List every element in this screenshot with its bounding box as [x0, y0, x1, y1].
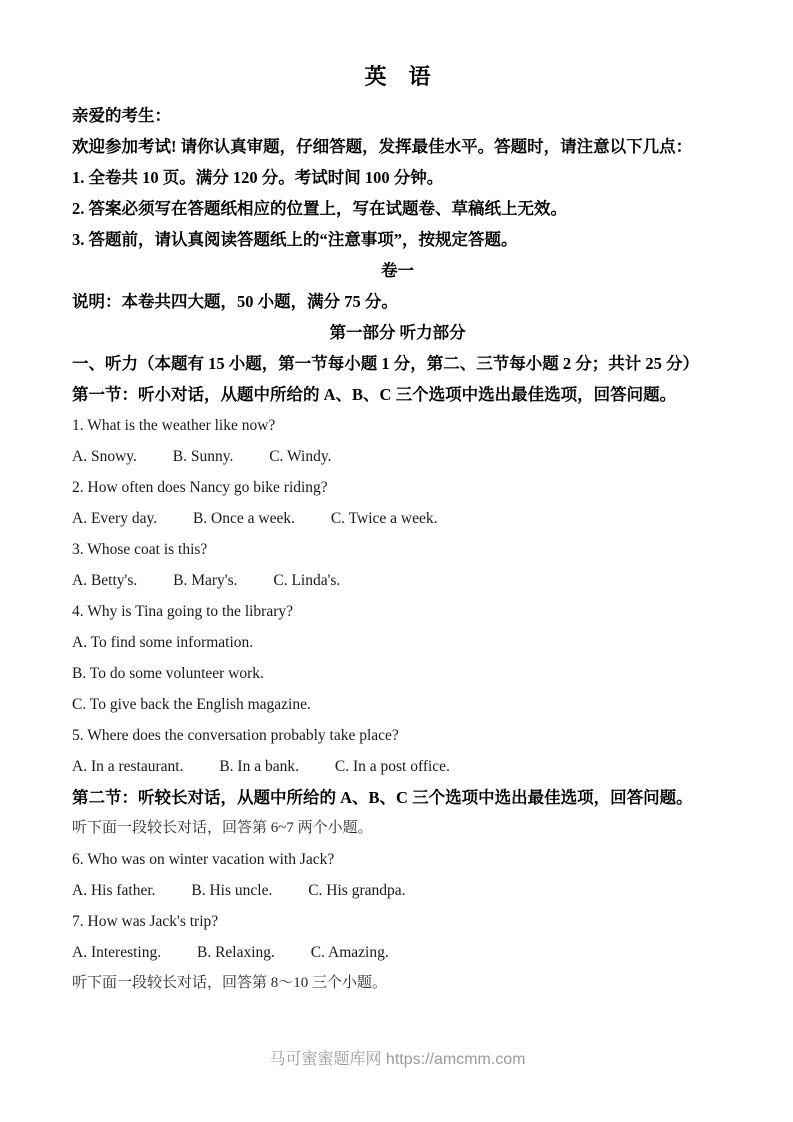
question-7-option-b: B. Relaxing. [197, 937, 275, 968]
notice-2: 2. 答案必须写在答题纸相应的位置上，写在试题卷、草稿纸上无效。 [72, 193, 723, 224]
question-1-options: A. Snowy. B. Sunny. C. Windy. [72, 441, 723, 472]
question-4-option-c: C. To give back the English magazine. [72, 689, 723, 720]
question-2-options: A. Every day. B. Once a week. C. Twice a… [72, 503, 723, 534]
question-2-option-c: C. Twice a week. [331, 503, 438, 534]
listening-section-heading: 一、听力（本题有 15 小题，第一节每小题 1 分，第二、三节每小题 2 分；共… [72, 348, 723, 379]
question-7-options: A. Interesting. B. Relaxing. C. Amazing. [72, 937, 723, 968]
volume-title: 卷一 [72, 255, 723, 286]
question-7-text: 7. How was Jack's trip? [72, 906, 723, 937]
question-5-option-c: C. In a post office. [335, 751, 450, 782]
question-6-option-b: B. His uncle. [191, 875, 272, 906]
part-title: 第一部分 听力部分 [72, 317, 723, 348]
question-3-option-b: B. Mary's. [173, 565, 237, 596]
question-6-text: 6. Who was on winter vacation with Jack? [72, 844, 723, 875]
question-3-options: A. Betty's. B. Mary's. C. Linda's. [72, 565, 723, 596]
question-7-option-c: C. Amazing. [311, 937, 389, 968]
question-3-option-c: C. Linda's. [273, 565, 340, 596]
question-6-option-c: C. His grandpa. [308, 875, 405, 906]
subsection-2-heading: 第二节：听较长对话，从题中所给的 A、B、C 三个选项中选出最佳选项，回答问题。 [72, 782, 723, 813]
site-watermark: 马可蜜蜜题库网 https://amcmm.com [72, 1049, 723, 1071]
exam-title: 英 语 [72, 60, 723, 100]
welcome-line: 欢迎参加考试! 请你认真审题，仔细答题，发挥最佳水平。答题时，请注意以下几点： [72, 131, 723, 162]
subsection-1-heading: 第一节：听小对话，从题中所给的 A、B、C 三个选项中选出最佳选项，回答问题。 [72, 379, 723, 410]
question-4-text: 4. Why is Tina going to the library? [72, 596, 723, 627]
question-1-text: 1. What is the weather like now? [72, 410, 723, 441]
question-4-option-a: A. To find some information. [72, 627, 723, 658]
question-3-option-a: A. Betty's. [72, 565, 137, 596]
question-3-text: 3. Whose coat is this? [72, 534, 723, 565]
question-5-text: 5. Where does the conversation probably … [72, 720, 723, 751]
dialogue-note-1: 听下面一段较长对话，回答第 6~7 两个小题。 [72, 813, 723, 844]
question-2-option-a: A. Every day. [72, 503, 157, 534]
exam-page: 英 语 亲爱的考生： 欢迎参加考试! 请你认真审题，仔细答题，发挥最佳水平。答题… [0, 0, 793, 1071]
greeting-line: 亲爱的考生： [72, 100, 723, 131]
question-5-option-b: B. In a bank. [219, 751, 299, 782]
question-7-option-a: A. Interesting. [72, 937, 161, 968]
question-5-option-a: A. In a restaurant. [72, 751, 183, 782]
notice-3: 3. 答题前，请认真阅读答题纸上的“注意事项”，按规定答题。 [72, 224, 723, 255]
question-2-text: 2. How often does Nancy go bike riding? [72, 472, 723, 503]
question-1-option-c: C. Windy. [269, 441, 331, 472]
question-5-options: A. In a restaurant. B. In a bank. C. In … [72, 751, 723, 782]
question-2-option-b: B. Once a week. [193, 503, 295, 534]
volume-note: 说明：本卷共四大题，50 小题，满分 75 分。 [72, 286, 723, 317]
dialogue-note-2: 听下面一段较长对话，回答第 8～10 三个小题。 [72, 968, 723, 999]
question-4-option-b: B. To do some volunteer work. [72, 658, 723, 689]
question-6-option-a: A. His father. [72, 875, 156, 906]
question-1-option-a: A. Snowy. [72, 441, 137, 472]
question-1-option-b: B. Sunny. [173, 441, 234, 472]
notice-1: 1. 全卷共 10 页。满分 120 分。考试时间 100 分钟。 [72, 162, 723, 193]
question-6-options: A. His father. B. His uncle. C. His gran… [72, 875, 723, 906]
